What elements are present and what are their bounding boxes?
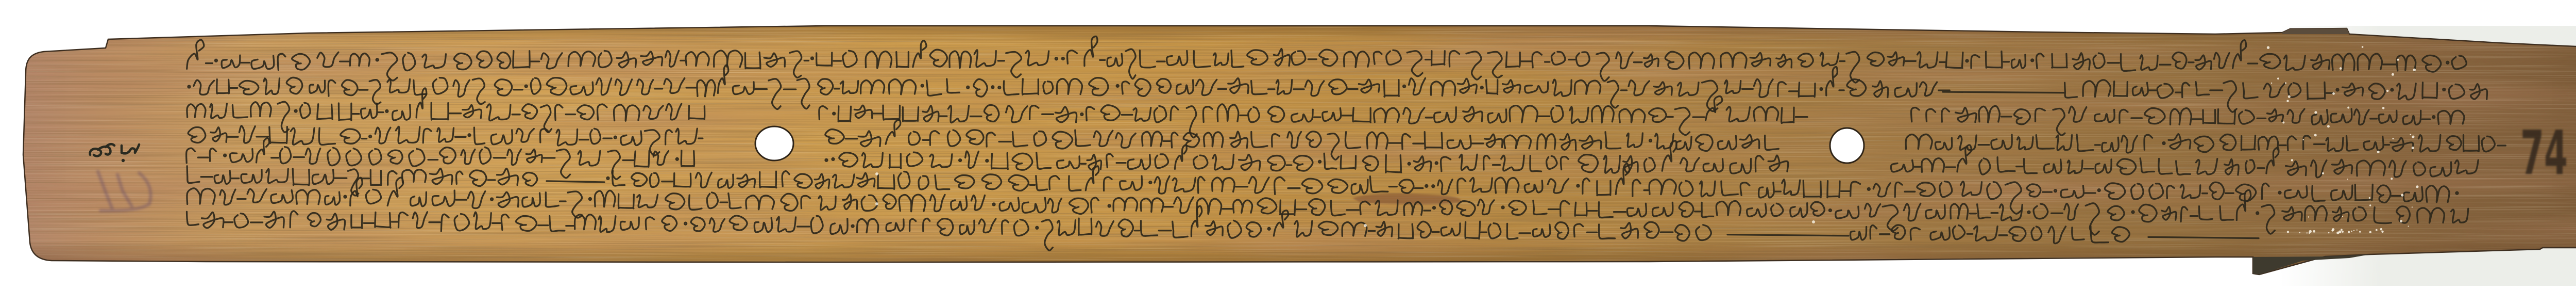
manuscript-scan: 74 74 bbox=[0, 0, 2576, 289]
binding-hole bbox=[755, 126, 793, 160]
torn-flap-top bbox=[2282, 28, 2349, 34]
handwritten-folio-number: 74 bbox=[2520, 117, 2568, 188]
binding-hole bbox=[1830, 128, 1864, 163]
